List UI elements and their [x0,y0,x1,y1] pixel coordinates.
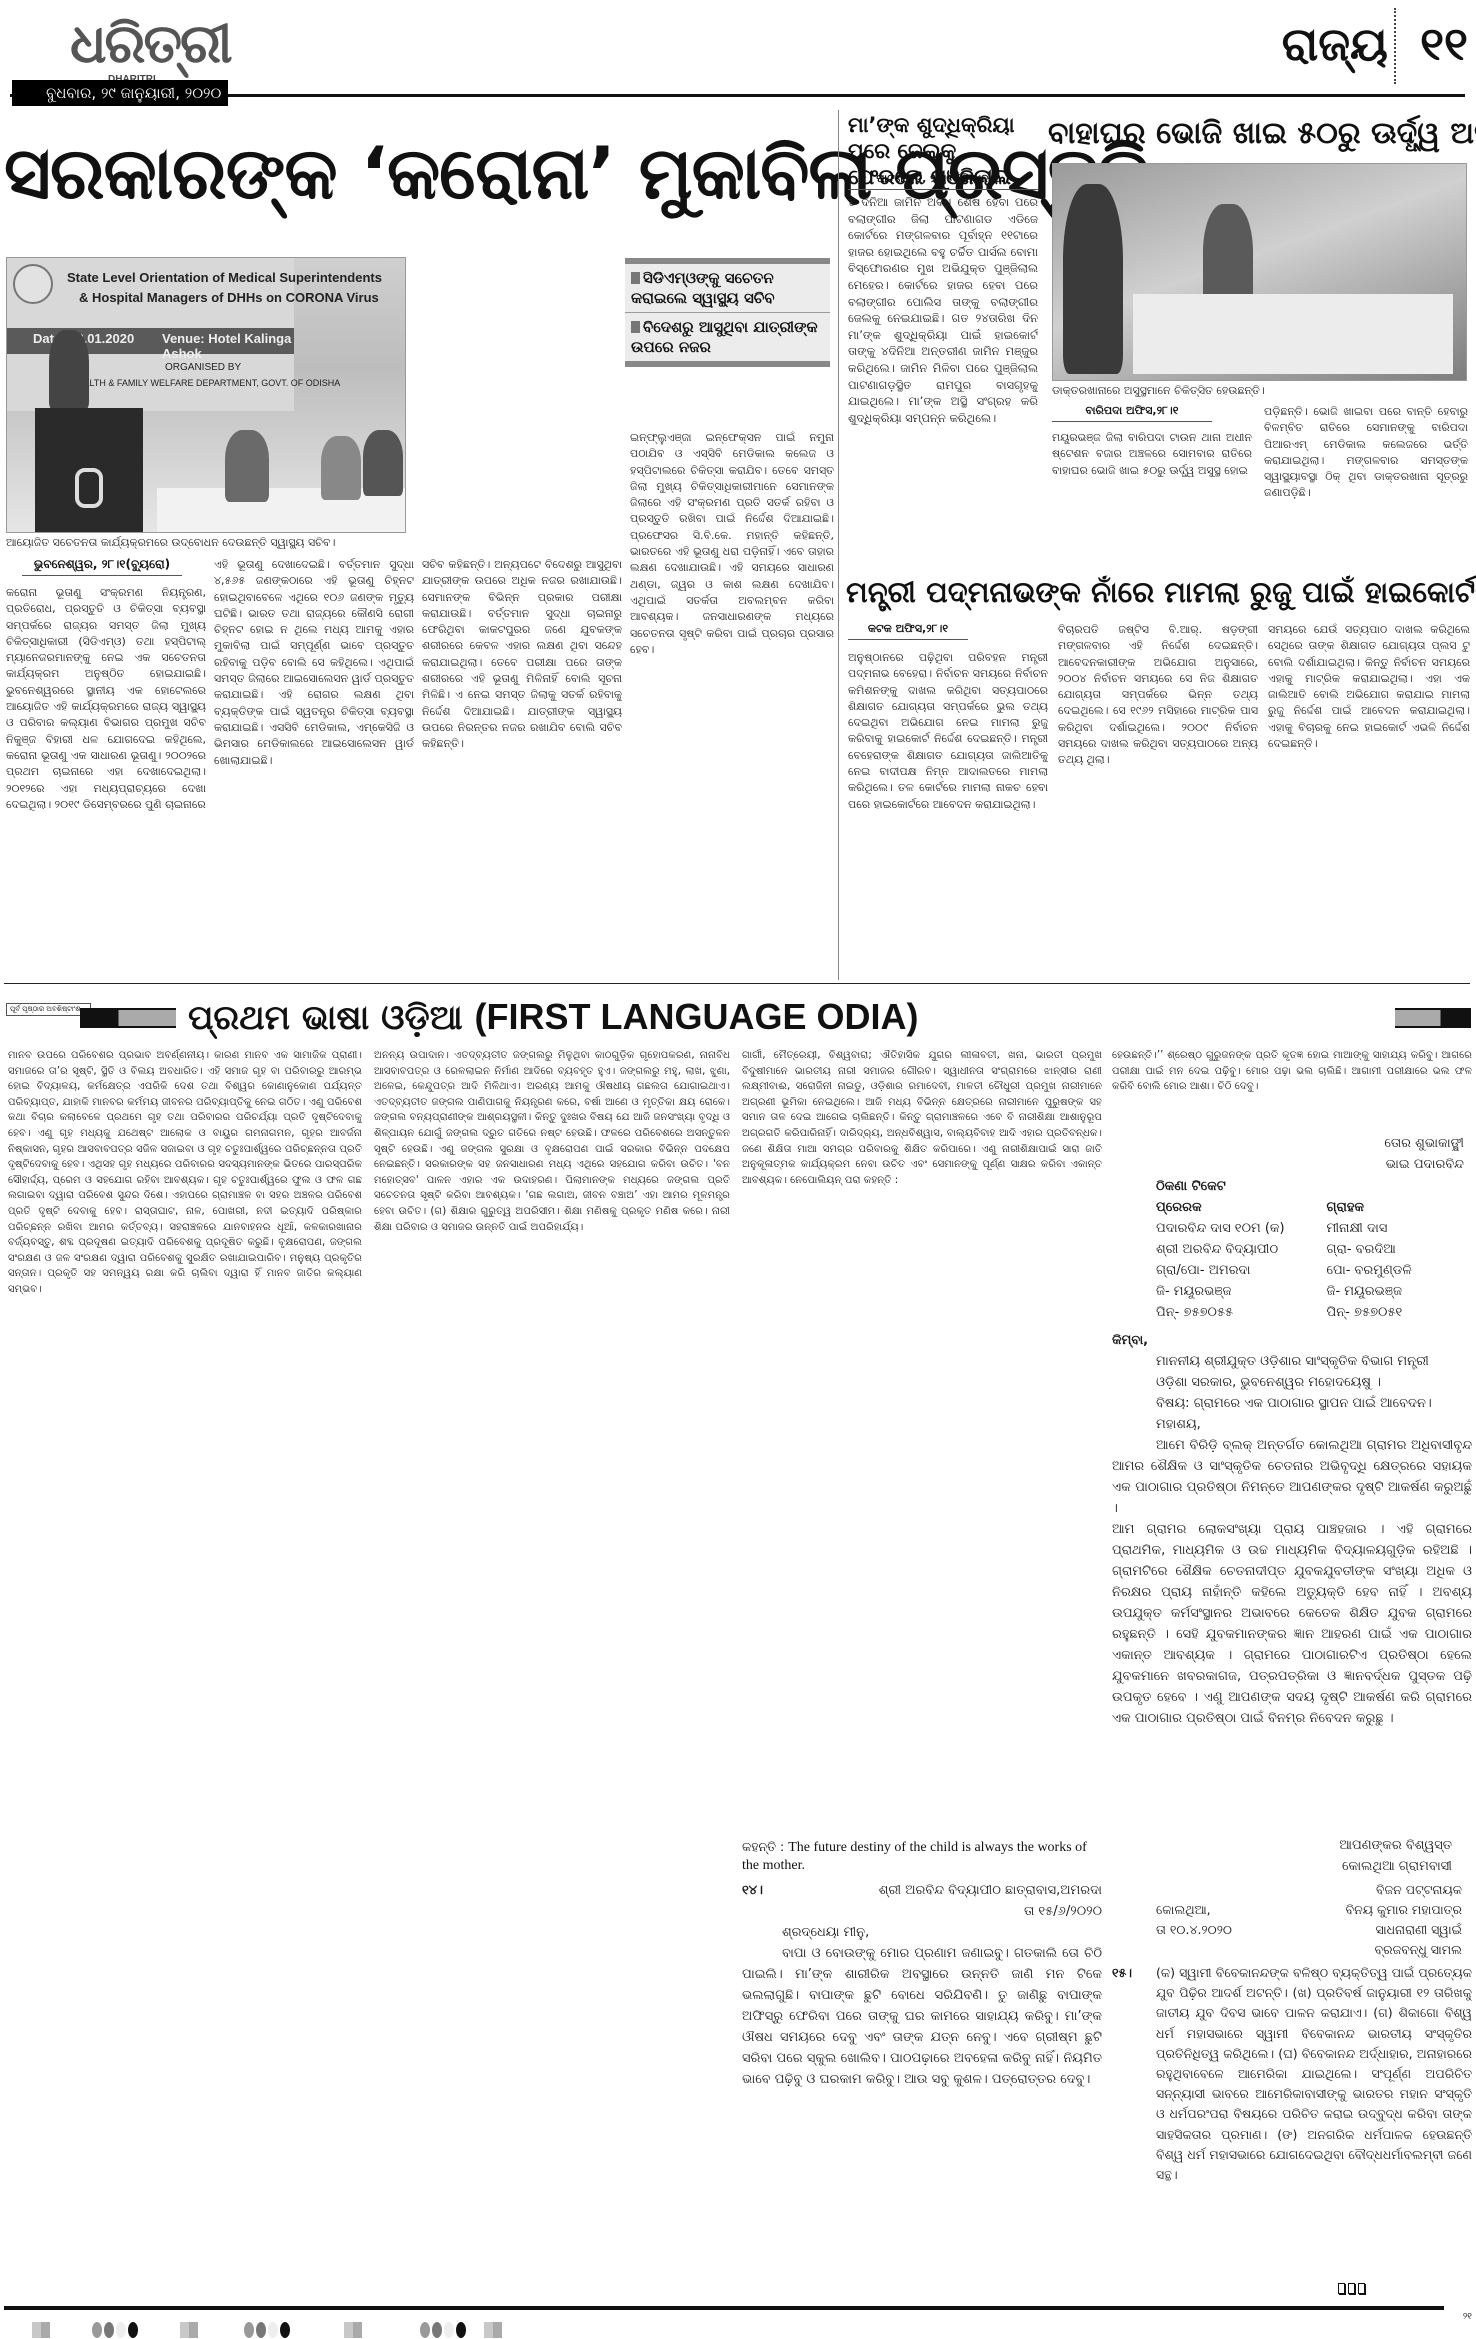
food-story-headline: ବାହାଘର ଭୋଜି ଖାଇ ୫୦ରୁ ଊର୍ଦ୍ଧ୍ୱ ଅସୁସ୍ଥ [1048,112,1473,156]
banner-title-line1: State Level Orientation of Medical Super… [67,270,382,285]
letter-salutation: ମହାଶୟ, [1112,1414,1472,1435]
supplement-column-4: ହେଉଛନ୍ତି।’’ ଶ୍ରେଷ୍ଠ ଗୁରୁଜନଙ୍କ ପ୍ରତି କୃତଜ… [1112,1048,1472,1136]
person-figure [1063,184,1123,374]
recipient-line2: ଓଡ଼ିଶା ସରକାର, ଭୁବନେଶ୍ୱର ମହୋଦୟେଷୁ । [1112,1372,1472,1393]
quote-english: The future destiny of the child is alway… [742,1840,1087,1873]
receiver-line: ପୋ- ବରମୁଣ୍ଡଳି [1327,1260,1467,1281]
signatory: ସାଧନାରାଣୀ ସ୍ୱାଇଁ [1376,1920,1462,1940]
signature-block: ବିଜନ ପଟ୍ଟନାୟକ କୋଲଥିଆ, ବିନୟ କୁମାର ମହାପାତ୍… [1112,1880,1472,1960]
lead-column-1: କରୋନା ଭୂତାଣୁ ସଂକ୍ରମଣ ନିୟନ୍ତ୍ରଣ, ପ୍ରତିରୋଧ… [6,585,206,975]
court-story-headline: ମନ୍ତ୍ରୀ ପଦ୍ମନାଭଙ୍କ ନାଁରେ ମାମଲା ରୁଜୁ ପାଇଁ… [846,570,1471,614]
color-registration-dots [92,2322,138,2338]
address-ticket-title: ଠିକଣା ଟିକେଟ [1156,1176,1466,1197]
banner-organised-by: ORGANISED BY [165,362,241,373]
supplement-title: ପ୍ରଥମ ଭାଷା ଓଡ଼ିଆ (FIRST LANGUAGE ODIA) [188,994,1388,1041]
signoff-closing: ତୋର ଶୁଭାକାଙ୍କ୍ଷୀ [1112,1133,1464,1154]
receiver-line: ପିନ୍- ୭୫୭୦୫୧ [1327,1302,1467,1323]
banner-venue: Venue: Hotel Kalinga Ashok [162,331,294,361]
supplement-column-3: ଗାର୍ଗୀ, ମୈତ୍ରେୟୀ, ବିଶ୍ୱବାରା; ଐତିହାସିକ ଯୁ… [742,1048,1102,1803]
supplement-title-english: (FIRST LANGUAGE ODIA) [474,996,918,1037]
letter-date: ତା ୧୦.୪.୨୦୨୦ [1156,1920,1232,1940]
application-letter: କିମ୍ବା, ମାନନୀୟ ଶ୍ରୀଯୁକ୍ତ ଓଡ଼ିଶାର ସାଂସ୍କୃ… [1112,1330,1472,1877]
court-column-3: ସମୟରେ ଯେଉଁ ସତ୍ୟପାଠ ଦାଖଲ କରିଥିଲେ ସେଥିରେ ତ… [1268,622,1470,975]
court-story-dateline: କଟକ ଅଫିସ,୨୮।୧ [848,622,968,640]
signatory: ବିନୟ କୁମାର ମହାପାତ୍ର [1346,1900,1462,1920]
panelist-figure [363,430,403,496]
bullet-icon [631,321,640,333]
masthead-rule [10,94,1465,97]
banner-title-line2: & Hospital Managers of DHHs on CORONA Vi… [79,290,379,305]
signoff-name: ଭାଇ ପଦାରବିନ୍ଦ [1112,1154,1464,1175]
court-column-1: ଅନୁଷ୍ଠାନରେ ପଢ଼ିଥିବା ପରିବହନ ମନ୍ତ୍ରୀ ପଦ୍ମନ… [848,650,1048,975]
village-label: କୋଲଥିଆ ଗ୍ରାମବାସୀ [1112,1856,1472,1877]
nhm-logo-icon [13,264,53,304]
question-number: ୧୫। [1112,1963,1156,2275]
recipient-line1: ମାନନୀୟ ଶ୍ରୀଯୁକ୍ତ ଓଡ଼ିଶାର ସାଂସ୍କୃତିକ ବିଭା… [1112,1351,1472,1372]
letter-place: କୋଲଥିଆ, [1156,1900,1211,1920]
signatory: ବିଜନ ପଟ୍ଟନାୟକ [1112,1880,1472,1900]
highlights-box: ସିଡିଏମ୍‌ଓଙ୍କୁ ସଚେତନ କରାଇଲେ ସ୍ୱାସ୍ଥ୍ୟ ସଚି… [625,258,830,367]
supplement-title-odia: ପ୍ରଥମ ଭାଷା ଓଡ଼ିଆ [188,998,463,1038]
highlight-item: ବିଦେଶରୁ ଆସୁଥିବା ଯାତ୍ରୀଙ୍କ ଉପରେ ନଜର [625,312,830,361]
receiver-line: ମୀନାକ୍ଷୀ ଦାସ [1327,1218,1467,1239]
lead-headline: ସରକାରଙ୍କ ‘କରୋନା’ ମୁକାବିଲା ପ୍ରସ୍ତୁତି [4,118,834,228]
lead-column-2: ଏହି ଭୂତାଣୁ ଦେଖାଦେଇଛି। ବର୍ତ୍ତମାନ ସୁଦ୍ଧା ୪… [214,557,414,975]
highlight-item: ସିଡିଏମ୍‌ଓଙ୍କୁ ସଚେତନ କରାଇଲେ ସ୍ୱାସ୍ଥ୍ୟ ସଚି… [625,264,830,312]
receiver-label: ଗ୍ରାହକ [1327,1197,1467,1218]
food-story-caption: ଡାକ୍ତରଖାନାରେ ଅସୁସ୍ଥମାନେ ଚିକିତ୍ସିତ ହେଉଛନ୍… [1052,384,1467,398]
sender-line: ଜି- ମୟୂରଭଞ୍ଜ [1156,1281,1327,1302]
continued-label: ପୂର୍ବ ପୃଷ୍ଠାର ଅବଶିଷ୍ଟାଂଶ... [6,1003,91,1016]
address-ticket: ଠିକଣା ଟିକେଟ ପ୍ରେରକ ଗ୍ରାହକ ପଦାରବିନ୍ଦ ଦାସ … [1156,1176,1466,1323]
color-registration-dots [244,2322,290,2338]
letter-closing: ଆପଣଙ୍କର ବିଶ୍ୱସ୍ତ [1112,1835,1472,1856]
color-registration-dots [420,2322,466,2338]
food-story-photo [1052,163,1467,381]
letter-signoff: ତୋର ଶୁଭାକାଙ୍କ୍ଷୀ ଭାଇ ପଦାରବିନ୍ଦ [1112,1133,1472,1175]
address-table: ପ୍ରେରକ ଗ୍ରାହକ ପଦାରବିନ୍ଦ ଦାସ ୧୦ମ (କ)ମୀନାକ… [1156,1197,1466,1323]
bullet-icon [631,272,640,284]
receiver-line: ଜି- ମୟୂରଭଞ୍ଜ [1327,1281,1467,1302]
or-label: କିମ୍ବା, [1112,1330,1472,1351]
banner-department: HEALTH & FAMILY WELFARE DEPARTMENT, GOVT… [71,378,340,388]
letter-date: ତା ୧୫/୬/୨୦୨୦ [742,1901,1102,1922]
lead-column-4: ଇନ୍‌ଫ୍ଲୁଏଞ୍ଜା ଇନ୍‌ଫେକ୍ସନ ପାଇଁ ନମୁନା ପଠାଯ… [630,430,834,975]
title-bar-right [1395,1008,1471,1028]
sender-line: ପିନ୍- ୭୫୭୦୫୫ [1156,1302,1327,1323]
sender-label: ପ୍ରେରକ [1156,1197,1327,1218]
supplement-column-1: ମାନବ ଉପରେ ପରିବେଶର ପ୍ରଭାବ ଅବର୍ଣ୍ଣନୀୟ। କାର… [8,1048,362,2293]
column-divider [838,110,839,980]
application-body: ଆମେ ବିରିଡ଼ି ବ୍ଲକ୍ ଅନ୍ତର୍ଗତ କୋଲଥିଆ ଗ୍ରାମର… [1112,1435,1472,1835]
food-story-dateline: ବାରିପଦା ଅଫିସ,୨୮।୧ [1052,404,1212,422]
lead-photo: State Level Orientation of Medical Super… [6,257,406,533]
folio-number: ୨୧ [1463,2312,1472,2322]
lead-column-3: ସଚିବ କହିଛନ୍ତି। ଅନ୍ୟପଟେ ବିଦେଶରୁ ଆସୁଥିବା ଯ… [422,557,622,975]
page-number: ୧୧ [1420,14,1468,74]
side-story-dateline: ପାଟଣାଗଡ, ୨୮।୧ (ଡି.ଏନ.ଏ.) [848,172,1038,190]
logo-text: ଧରିତ୍ରୀ [70,14,240,74]
end-of-article-marks [1338,2283,1365,2294]
quote-prefix: କହନ୍ତି : [742,1839,784,1854]
napoleon-quote: କହନ୍ତି : The future destiny of the child… [742,1838,1102,1874]
speaker-figure [49,330,89,410]
podium-logo-icon [75,468,103,508]
lead-photo-caption: ଆୟୋଜିତ ସଚେତନତା କାର୍ଯ୍ୟକ୍ରମରେ ଉଦ୍‌ବୋଧନ ଦେ… [6,536,406,550]
question-15-answer: (କ) ସ୍ୱାମୀ ବିବେକାନନ୍ଦଙ୍କ ବଳିଷ୍ଠ ବ୍ୟକ୍ତିତ… [1156,1963,1472,2275]
registration-mark [344,2322,362,2338]
panelist-figure [321,436,361,500]
lead-dateline: ଭୁବନେଶ୍ୱର, ୨୮।୧(ବ୍ୟୁରୋ) [22,557,182,576]
signatory: ବ୍ରଜବନ୍ଧୁ ସାମଲ [1112,1940,1472,1960]
title-bar-left [80,1008,176,1028]
page-bottom-rule [4,2306,1444,2310]
question-15: ୧୫। (କ) ସ୍ୱାମୀ ବିବେକାନନ୍ଦଙ୍କ ବଳିଷ୍ଠ ବ୍ୟକ… [1112,1963,1472,2275]
letter-body: ବାପା ଓ ବୋଉଙ୍କୁ ମୋର ପ୍ରଣାମ ଜଣାଇବୁ। ଗତକାଲି… [742,1943,1102,2283]
registration-mark [32,2322,50,2338]
letter-salutation: ଶ୍ରଦ୍ଧେୟା ମୀନୁ, [742,1922,1102,1943]
sender-line: ପଦାରବିନ୍ଦ ଦାସ ୧୦ମ (କ) [1156,1218,1327,1239]
issue-date: ବୁଧବାର, ୨୯ ଜାନୁୟାରୀ, ୨୦୨୦ [12,80,228,106]
sender-line: ଗ୍ରା/ପୋ- ଅମରଦା [1156,1260,1327,1281]
question-number: ୧୪। [742,1880,763,1901]
letter-14: ୧୪। ଶ୍ରୀ ଅରବିନ୍ଦ ବିଦ୍ୟାପୀଠ ଛାତ୍ରାବାସ,ଅମର… [742,1880,1102,2283]
highlight-text: ସିଡିଏମ୍‌ଓଙ୍କୁ ସଚେତନ କରାଇଲେ ସ୍ୱାସ୍ଥ୍ୟ ସଚି… [631,269,775,307]
side-story-body: ୪ ଦିନିଆ ଜାମିନ ଅବଧି ଶେଷ ହେବା ପରେ ବଲାଙ୍ଗୀର… [848,194,1038,544]
food-story-col1: ମୟୂରଭଞ୍ଜ ଜିଲା ବାରିପଦା ଟାଉନ ଥାନା ଅଧୀନ ଷ୍ଟ… [1052,430,1252,510]
section-name: ରାଜ୍ୟ [1282,14,1388,74]
newspaper-logo: ଧରିତ୍ରୀ DHARITRI [70,14,240,86]
sender-line: ଶ୍ରୀ ଅରବିନ୍ଦ ବିଦ୍ୟାପୀଠ [1156,1239,1327,1260]
receiver-line: ଗ୍ରା- ବରଦିଆ [1327,1239,1467,1260]
highlight-text: ବିଦେଶରୁ ଆସୁଥିବା ଯାତ୍ରୀଙ୍କ ଉପରେ ନଜର [631,318,818,356]
court-column-2: ବିଚାରପତି ଜଷ୍ଟିସ ବି.ଆର୍. ଷଡ଼ଙ୍ଗୀ ମଙ୍ଗଳବାର… [1058,622,1258,975]
letter-subject: ବିଷୟ: ଗ୍ରାମରେ ଏକ ପାଠାଗାର ସ୍ଥାପନ ପାଇଁ ଆବେ… [1112,1393,1472,1414]
registration-mark [484,2322,502,2338]
podium [35,408,143,533]
section-separator [4,983,1470,984]
supplement-column-2: ଅନନ୍ୟ ଉପାଦାନ। ଏତଦ୍‌ବ୍ୟତୀତ ଜଙ୍ଗଲରୁ ମିଳୁଥି… [374,1048,730,2293]
food-story-col2: ପଡ଼ିଛନ୍ତି। ଭୋଜି ଖାଇବା ପରେ ବାନ୍ତି ହେବାରୁ … [1264,404,1468,508]
section-divider [1394,8,1396,84]
hospital-bed [1133,294,1453,374]
panelist-figure [225,430,269,502]
registration-mark [180,2322,198,2338]
letter-address: ଶ୍ରୀ ଅରବିନ୍ଦ ବିଦ୍ୟାପୀଠ ଛାତ୍ରାବାସ,ଅମରଦା [879,1880,1102,1901]
